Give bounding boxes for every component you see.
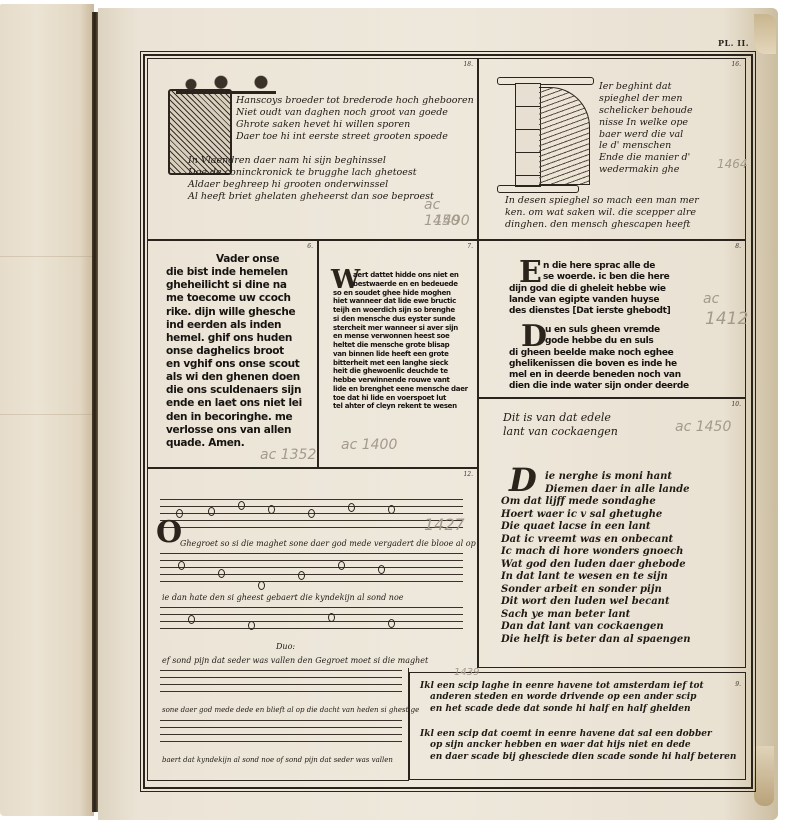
lyric-line: sone daer god mede dede en blieft al op … xyxy=(162,706,419,714)
spieghel-text-below: In desen spieghel so mach een man mer ke… xyxy=(505,195,699,231)
prayer-text: Vader onse die bist inde hemelen gheheil… xyxy=(166,253,302,450)
music-note xyxy=(258,581,265,590)
ship-law-text-1: Ikl een scip laghe in eenre havene tot a… xyxy=(420,681,704,715)
panel-number: 7. xyxy=(467,243,473,250)
panel-ship-law: 9. 1439 Ikl een scip laghe in eenre have… xyxy=(409,672,746,780)
crown-ornament xyxy=(176,69,276,94)
pencil-date: ac 1400 xyxy=(341,437,397,453)
panel-commandments: 8. E n die here sprac alle de se woerde.… xyxy=(478,240,746,398)
panel-lijden: 7. W aert dattet hidde ons niet en bestw… xyxy=(318,240,478,468)
music-note xyxy=(388,505,395,514)
panel-number: 18. xyxy=(463,61,473,68)
music-note xyxy=(268,505,275,514)
music-staff xyxy=(160,553,463,583)
music-note xyxy=(328,613,335,622)
panel-number: 10. xyxy=(731,401,741,408)
verse-text: Hanscoys broeder tot brederode hoch gheb… xyxy=(236,95,474,143)
panel-music: 12. O Ghegroet so si die maghet sone dae… xyxy=(147,468,478,668)
panel-cockaengen: 10. Dit is van dat edele lant van cockae… xyxy=(478,398,746,668)
commandment-text-2: u en suls gheen vremde gode hebbe du en … xyxy=(509,325,689,393)
spieghel-text: Ier beghint dat spieghel der men schelic… xyxy=(599,81,693,176)
panel-number: 6. xyxy=(307,243,313,250)
cockaengen-poem: ie nerghe is moni hant Diemen daer in al… xyxy=(501,471,691,646)
cockaengen-title: Dit is van dat edele lant van cockaengen xyxy=(503,411,618,439)
music-note xyxy=(188,615,195,624)
music-note xyxy=(238,501,245,510)
music-note xyxy=(348,503,355,512)
lyric-line: Ghegroet so si die maghet sone daer god … xyxy=(180,539,476,548)
paper-fold xyxy=(0,414,94,415)
pencil-date: 1427 xyxy=(424,515,465,534)
initial-o: O xyxy=(156,515,182,550)
plate-label: PL. II. xyxy=(718,38,749,48)
pencil-date: ac 1352 xyxy=(260,447,316,463)
pencil-date: 1464 xyxy=(717,157,748,171)
panel-number: 16. xyxy=(731,61,741,68)
music-note xyxy=(208,507,215,516)
music-staff xyxy=(160,607,463,635)
panel-number: 12. xyxy=(463,471,473,478)
ship-law-text-2: Ikl een scip dat coemt in eenre havene d… xyxy=(420,729,736,763)
music-note xyxy=(218,569,225,578)
music-note xyxy=(388,619,395,628)
left-page xyxy=(0,4,94,816)
music-staff xyxy=(160,720,402,748)
panel-number: 9. xyxy=(735,681,741,688)
music-note xyxy=(178,561,185,570)
commandment-text-1: n die here sprac alle de se woerde. ic b… xyxy=(509,261,670,317)
panel-brederode: 18. Hanscoys broeder tot brederode hoch … xyxy=(147,58,478,240)
lyric-line: ef sond pijn dat seder was vallen den Ge… xyxy=(162,656,428,665)
paper-fold xyxy=(0,256,94,257)
music-note xyxy=(308,509,315,518)
lyric-line: baert dat kyndekijn al sond noe of sond … xyxy=(162,756,393,764)
voice-label: Duo: xyxy=(276,642,295,651)
panel-music-cont: Duo: ef sond pijn dat seder was vallen d… xyxy=(147,668,409,781)
music-note xyxy=(176,509,183,518)
pencil-date: 1490 xyxy=(434,213,470,229)
panel-number: 8. xyxy=(735,243,741,250)
lijden-text: aert dattet hidde ons niet en bestwaerde… xyxy=(333,271,468,411)
music-note xyxy=(338,561,345,570)
panel-spieghel: 16. Ier beghint dat spieghel der men sch… xyxy=(478,58,746,240)
pencil-date: 1412 xyxy=(705,309,748,329)
pencil-date: 1439 xyxy=(454,667,479,678)
panel-vader-onse: 6. Vader onse die bist inde hemelen gheh… xyxy=(147,240,318,468)
pencil-date: ac xyxy=(703,291,719,307)
verse-text-cont: In Vlaendren daer nam hi sijn beghinssel… xyxy=(188,155,434,203)
music-staff xyxy=(160,670,402,698)
pencil-date: ac 1450 xyxy=(675,419,731,435)
page-curl-top xyxy=(754,14,776,54)
lyric-line: ie dan hate den si gheest gebaert die ky… xyxy=(162,593,404,602)
music-note xyxy=(248,621,255,630)
music-note xyxy=(378,565,385,574)
illuminated-initial-h xyxy=(497,77,597,195)
page-curl-bottom xyxy=(754,746,774,806)
music-note xyxy=(298,571,305,580)
